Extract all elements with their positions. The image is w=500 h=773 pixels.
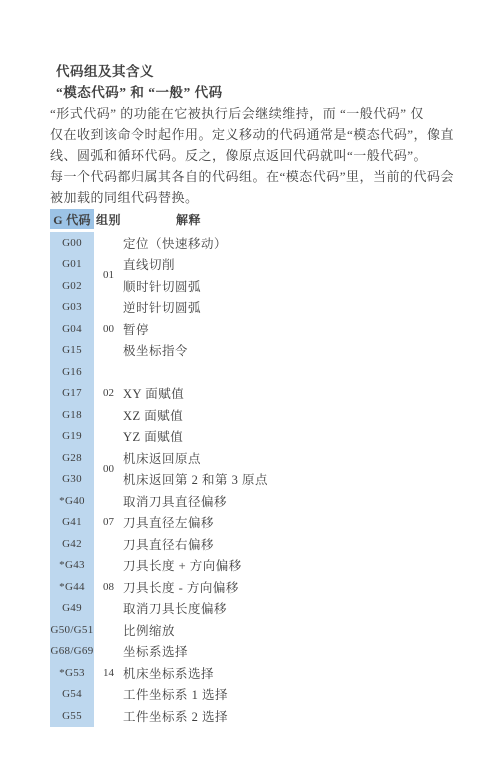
gcode-cell: G42	[50, 533, 94, 555]
table-body: G00定位（快速移动）G0101直线切削G02顺时针切圆弧G03逆时针切圆弧G0…	[50, 232, 465, 727]
explanation-cell: 直线切削	[123, 255, 175, 273]
gcode-cell: G04	[50, 318, 94, 340]
explanation-cell: 刀具长度 + 方向偏移	[123, 556, 242, 574]
group-number: 00	[103, 463, 114, 475]
paragraph-modal-codes: “形式代码” 的功能在它被执行后会继续维持，而 “一般代码” 仅 仅在收到该命令…	[50, 103, 465, 166]
gcode-cell: G18	[50, 404, 94, 426]
group-cell: 07	[94, 516, 123, 528]
column-header-group: 组别	[94, 211, 123, 228]
explanation-cell: 顺时针切圆弧	[123, 277, 201, 295]
table-row: *G5314机床坐标系选择	[50, 662, 465, 684]
gcode-cell: G16	[50, 361, 94, 383]
group-number: 07	[103, 516, 114, 528]
document-page: 代码组及其含义 “模态代码” 和 “一般” 代码 “形式代码” 的功能在它被执行…	[0, 0, 500, 773]
table-row: G68/G69坐标系选择	[50, 641, 465, 663]
column-header-explanation: 解释	[123, 211, 201, 228]
gcode-cell: G54	[50, 684, 94, 706]
explanation-cell: 刀具长度 - 方向偏移	[123, 578, 239, 596]
table-row: G0400暂停	[50, 318, 465, 340]
gcode-cell: G17	[50, 383, 94, 405]
group-number: 02	[103, 387, 114, 399]
table-header-row: G 代码 组别 解释	[50, 209, 465, 229]
explanation-cell: 机床返回原点	[123, 449, 201, 467]
gcode-cell: *G43	[50, 555, 94, 577]
column-header-gcode: G 代码	[50, 209, 94, 229]
gcode-cell: G01	[50, 254, 94, 276]
explanation-cell: YZ 面赋值	[123, 427, 183, 445]
explanation-cell: 坐标系选择	[123, 642, 188, 660]
table-row: G1702XY 面赋值	[50, 383, 465, 405]
paragraph-code-groups: 每一个代码都归属其各自的代码组。在“模态代码”里，当前的代码会 被加载的同组代码…	[50, 166, 465, 208]
explanation-cell: 取消刀具直径偏移	[123, 492, 227, 510]
explanation-cell: 逆时针切圆弧	[123, 298, 201, 316]
table-row: G55工件坐标系 2 选择	[50, 705, 465, 727]
explanation-cell: 极坐标指令	[123, 341, 188, 359]
table-row: *G43刀具长度 + 方向偏移	[50, 555, 465, 577]
explanation-cell: 机床返回第 2 和第 3 原点	[123, 470, 268, 488]
gcode-cell: G50/G51	[50, 619, 94, 641]
explanation-cell: 定位（快速移动）	[123, 234, 227, 252]
group-cell: 00	[94, 323, 123, 335]
explanation-cell: 取消刀具长度偏移	[123, 599, 227, 617]
explanation-cell: 比例缩放	[123, 621, 175, 639]
table-row: G42刀具直径右偏移	[50, 533, 465, 555]
gcode-cell: G49	[50, 598, 94, 620]
gcode-cell: *G53	[50, 662, 94, 684]
table-row: *G4408刀具长度 - 方向偏移	[50, 576, 465, 598]
table-row: G0101直线切削	[50, 254, 465, 276]
table-row: G18XZ 面赋值	[50, 404, 465, 426]
gcode-cell: *G44	[50, 576, 94, 598]
gcode-cell: G55	[50, 705, 94, 727]
explanation-cell: 工件坐标系 1 选择	[123, 685, 228, 703]
group-number: 14	[103, 667, 114, 679]
group-number: 00	[103, 323, 114, 335]
table-row: G49取消刀具长度偏移	[50, 598, 465, 620]
table-row: *G40取消刀具直径偏移	[50, 490, 465, 512]
table-row: G54工件坐标系 1 选择	[50, 684, 465, 706]
group-cell: 02	[94, 387, 123, 399]
table-row: G2800机床返回原点	[50, 447, 465, 469]
gcode-table: G 代码 组别 解释 G00定位（快速移动）G0101直线切削G02顺时针切圆弧…	[50, 209, 465, 727]
table-row: G4107刀具直径左偏移	[50, 512, 465, 534]
explanation-cell: 机床坐标系选择	[123, 664, 214, 682]
group-number: 01	[103, 269, 114, 281]
page-title: 代码组及其含义	[50, 61, 465, 82]
group-number: 08	[103, 581, 114, 593]
section-heading: “模态代码” 和 “一般” 代码	[50, 82, 465, 103]
gcode-cell: G15	[50, 340, 94, 362]
table-row: G15极坐标指令	[50, 340, 465, 362]
table-row: G19YZ 面赋值	[50, 426, 465, 448]
explanation-cell: 暂停	[123, 320, 149, 338]
gcode-cell: G28	[50, 447, 94, 469]
gcode-cell: G68/G69	[50, 641, 94, 663]
gcode-cell: G30	[50, 469, 94, 491]
gcode-cell: *G40	[50, 490, 94, 512]
explanation-cell: 刀具直径左偏移	[123, 513, 214, 531]
gcode-cell: G41	[50, 512, 94, 534]
table-row: G16	[50, 361, 465, 383]
group-cell: 14	[94, 667, 123, 679]
explanation-cell: XZ 面赋值	[123, 406, 183, 424]
explanation-cell: 刀具直径右偏移	[123, 535, 214, 553]
group-cell: 00	[94, 452, 123, 464]
explanation-cell: XY 面赋值	[123, 384, 184, 402]
gcode-cell: G03	[50, 297, 94, 319]
explanation-cell: 工件坐标系 2 选择	[123, 707, 228, 725]
document-content: 代码组及其含义 “模态代码” 和 “一般” 代码 “形式代码” 的功能在它被执行…	[50, 61, 465, 727]
group-cell: 08	[94, 581, 123, 593]
table-row: G03逆时针切圆弧	[50, 297, 465, 319]
table-row: G50/G51比例缩放	[50, 619, 465, 641]
gcode-cell: G00	[50, 232, 94, 254]
gcode-cell: G19	[50, 426, 94, 448]
gcode-cell: G02	[50, 275, 94, 297]
group-cell: 01	[94, 258, 123, 270]
table-row: G00定位（快速移动）	[50, 232, 465, 254]
